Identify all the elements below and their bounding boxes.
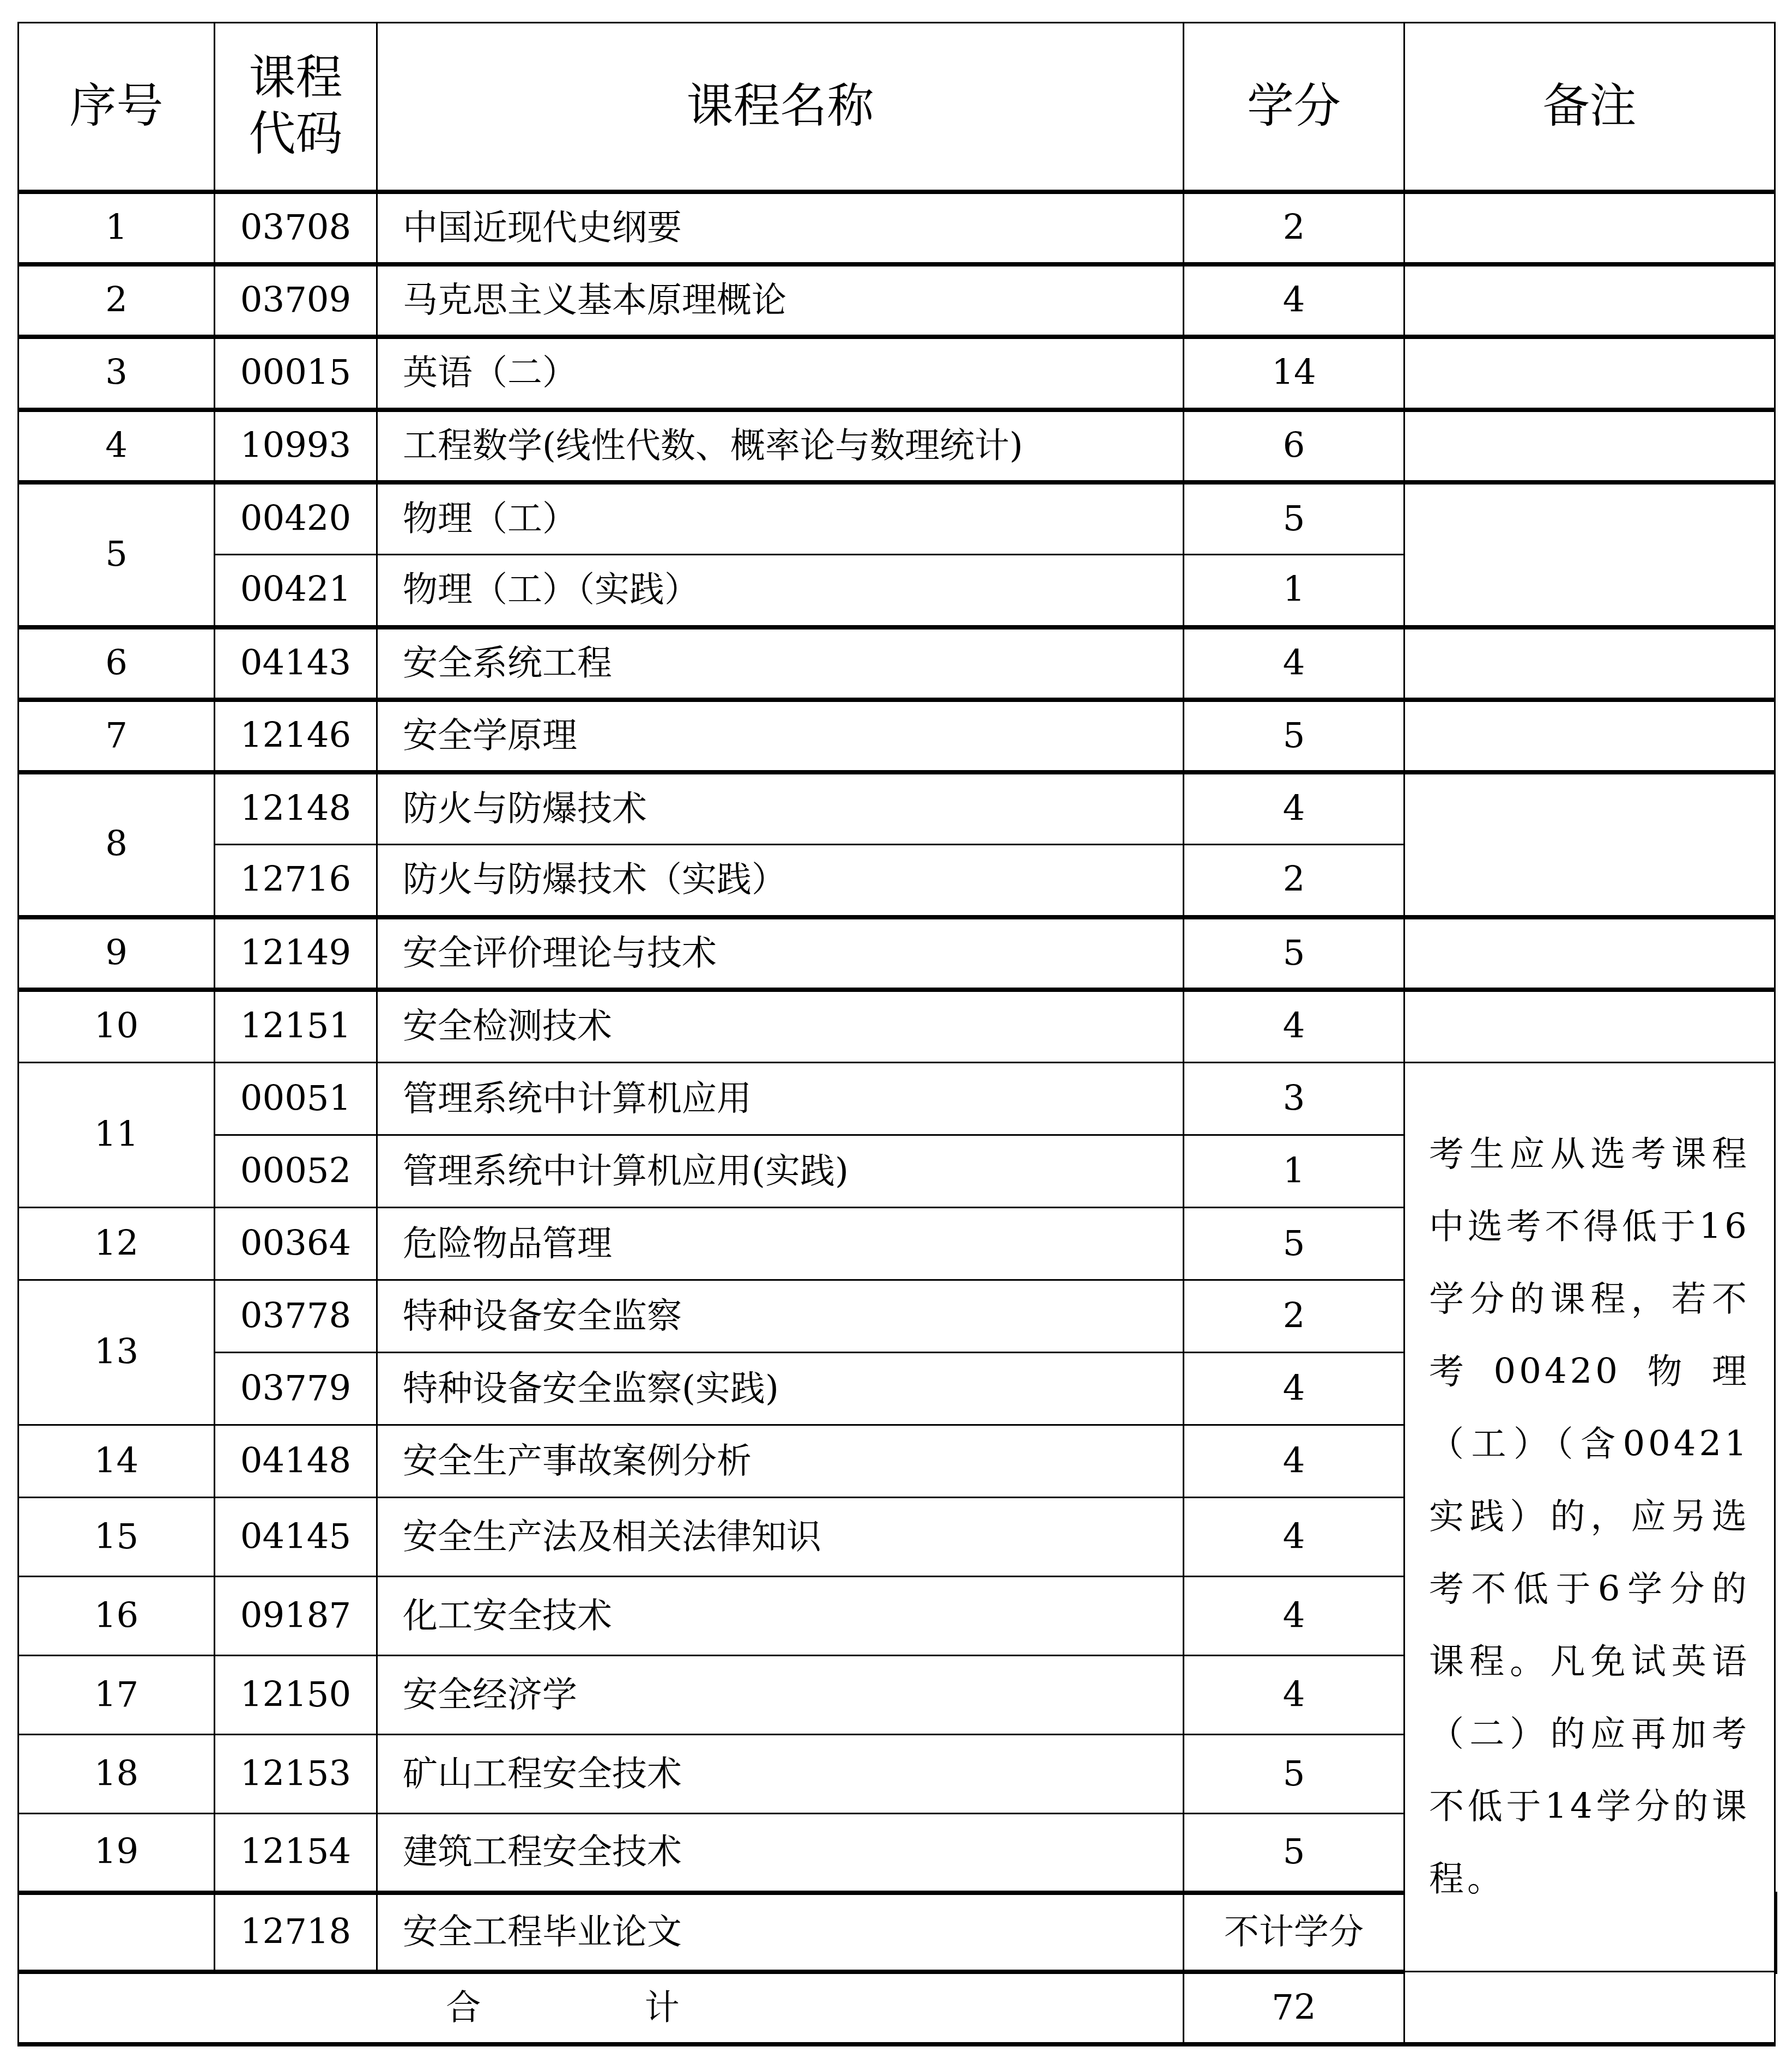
row-code: 12716 bbox=[215, 845, 377, 917]
header-code-line1: 课程 bbox=[249, 51, 343, 105]
row-code: 12718 bbox=[215, 1893, 377, 1972]
row-name: 安全生产事故案例分析 bbox=[377, 1425, 1184, 1498]
row-credits: 4 bbox=[1184, 1353, 1404, 1425]
row-name: 物理（工）（实践） bbox=[377, 555, 1184, 627]
row-notes bbox=[1404, 627, 1775, 700]
row-code: 04148 bbox=[215, 1425, 377, 1498]
row-credits: 14 bbox=[1184, 337, 1404, 410]
row-seq: 16 bbox=[19, 1577, 215, 1656]
row-credits: 4 bbox=[1184, 990, 1404, 1063]
row-name: 危险物品管理 bbox=[377, 1208, 1184, 1280]
row-credits: 4 bbox=[1184, 1577, 1404, 1656]
row-code: 00364 bbox=[215, 1208, 377, 1280]
row-seq: 7 bbox=[19, 700, 215, 772]
row-code: 03708 bbox=[215, 192, 377, 264]
row-notes bbox=[1404, 482, 1775, 627]
total-notes bbox=[1404, 1972, 1775, 2044]
row-name: 英语（二） bbox=[377, 337, 1184, 410]
row-credits: 5 bbox=[1184, 1814, 1404, 1893]
row-name: 防火与防爆技术 bbox=[377, 772, 1184, 845]
row-code: 03709 bbox=[215, 264, 377, 337]
table-row: 6 04143 安全系统工程 4 bbox=[19, 627, 1777, 700]
row-notes bbox=[1404, 337, 1775, 410]
row-name: 防火与防爆技术（实践） bbox=[377, 845, 1184, 917]
row-code: 03779 bbox=[215, 1353, 377, 1425]
row-credits: 6 bbox=[1184, 410, 1404, 482]
row-name: 中国近现代史纲要 bbox=[377, 192, 1184, 264]
row-credits: 4 bbox=[1184, 772, 1404, 845]
row-credits: 5 bbox=[1184, 700, 1404, 772]
row-seq: 13 bbox=[19, 1280, 215, 1425]
row-seq: 5 bbox=[19, 482, 215, 627]
row-name: 安全评价理论与技术 bbox=[377, 917, 1184, 990]
row-name: 马克思主义基本原理概论 bbox=[377, 264, 1184, 337]
header-code: 课程代码 bbox=[215, 23, 377, 192]
row-code: 04145 bbox=[215, 1498, 377, 1577]
table-row: 4 10993 工程数学(线性代数、概率论与数理统计) 6 bbox=[19, 410, 1777, 482]
total-row: 合 计 72 bbox=[19, 1972, 1777, 2044]
row-code: 12151 bbox=[215, 990, 377, 1063]
header-code-line2: 代码 bbox=[249, 107, 343, 161]
row-credits: 1 bbox=[1184, 1135, 1404, 1208]
row-credits: 4 bbox=[1184, 264, 1404, 337]
row-name: 管理系统中计算机应用 bbox=[377, 1063, 1184, 1135]
row-seq: 1 bbox=[19, 192, 215, 264]
row-name: 特种设备安全监察(实践) bbox=[377, 1353, 1184, 1425]
row-credits: 5 bbox=[1184, 917, 1404, 990]
row-credits: 5 bbox=[1184, 1735, 1404, 1814]
row-code: 00052 bbox=[215, 1135, 377, 1208]
header-name: 课程名称 bbox=[377, 23, 1184, 192]
row-notes bbox=[1775, 1893, 1777, 1972]
row-code: 12149 bbox=[215, 917, 377, 990]
row-notes bbox=[1404, 264, 1775, 337]
row-code: 12154 bbox=[215, 1814, 377, 1893]
row-code: 03778 bbox=[215, 1280, 377, 1353]
row-name: 安全经济学 bbox=[377, 1656, 1184, 1735]
row-seq: 8 bbox=[19, 772, 215, 917]
total-credits: 72 bbox=[1184, 1972, 1404, 2044]
header-row: 序号 课程代码 课程名称 学分 备注 bbox=[19, 23, 1777, 192]
row-seq: 2 bbox=[19, 264, 215, 337]
row-code: 00421 bbox=[215, 555, 377, 627]
table-row: 8 12148 防火与防爆技术 4 bbox=[19, 772, 1777, 845]
row-seq: 15 bbox=[19, 1498, 215, 1577]
row-seq: 11 bbox=[19, 1063, 215, 1208]
row-name: 特种设备安全监察 bbox=[377, 1280, 1184, 1353]
row-credits: 5 bbox=[1184, 1208, 1404, 1280]
row-notes bbox=[1404, 990, 1775, 1063]
elective-note: 考生应从选考课程中选考不得低于16学分的课程，若不考00420物理（工）（含00… bbox=[1404, 1063, 1775, 1972]
row-name: 安全学原理 bbox=[377, 700, 1184, 772]
row-name: 建筑工程安全技术 bbox=[377, 1814, 1184, 1893]
row-credits: 1 bbox=[1184, 555, 1404, 627]
row-seq: 9 bbox=[19, 917, 215, 990]
row-credits: 4 bbox=[1184, 627, 1404, 700]
row-seq: 12 bbox=[19, 1208, 215, 1280]
row-name: 矿山工程安全技术 bbox=[377, 1735, 1184, 1814]
row-code: 04143 bbox=[215, 627, 377, 700]
header-notes: 备注 bbox=[1404, 23, 1775, 192]
row-credits: 2 bbox=[1184, 845, 1404, 917]
table-row: 3 00015 英语（二） 14 bbox=[19, 337, 1777, 410]
header-credits: 学分 bbox=[1184, 23, 1404, 192]
total-label: 合 计 bbox=[19, 1972, 1184, 2044]
row-name: 管理系统中计算机应用(实践) bbox=[377, 1135, 1184, 1208]
row-credits: 不计学分 bbox=[1184, 1893, 1404, 1972]
row-notes bbox=[1404, 192, 1775, 264]
row-name: 工程数学(线性代数、概率论与数理统计) bbox=[377, 410, 1184, 482]
row-credits: 4 bbox=[1184, 1425, 1404, 1498]
row-code: 00420 bbox=[215, 482, 377, 555]
row-credits: 5 bbox=[1184, 482, 1404, 555]
row-credits: 4 bbox=[1184, 1656, 1404, 1735]
row-notes bbox=[1404, 917, 1775, 990]
table-row: 7 12146 安全学原理 5 bbox=[19, 700, 1777, 772]
row-seq: 4 bbox=[19, 410, 215, 482]
row-seq: 17 bbox=[19, 1656, 215, 1735]
table-row: 10 12151 安全检测技术 4 bbox=[19, 990, 1777, 1063]
row-name: 安全生产法及相关法律知识 bbox=[377, 1498, 1184, 1577]
row-seq: 6 bbox=[19, 627, 215, 700]
row-code: 12146 bbox=[215, 700, 377, 772]
row-seq bbox=[19, 1893, 215, 1972]
row-notes bbox=[1404, 700, 1775, 772]
row-name: 安全检测技术 bbox=[377, 990, 1184, 1063]
header-seq: 序号 bbox=[19, 23, 215, 192]
total-label-text: 合 计 bbox=[446, 1988, 755, 2028]
row-notes bbox=[1404, 772, 1775, 917]
row-seq: 18 bbox=[19, 1735, 215, 1814]
table-row: 11 00051 管理系统中计算机应用 3 考生应从选考课程中选考不得低于16学… bbox=[19, 1063, 1777, 1135]
table-row: 5 00420 物理（工） 5 bbox=[19, 482, 1777, 555]
row-seq: 3 bbox=[19, 337, 215, 410]
row-name: 安全系统工程 bbox=[377, 627, 1184, 700]
row-code: 10993 bbox=[215, 410, 377, 482]
table-row: 2 03709 马克思主义基本原理概论 4 bbox=[19, 264, 1777, 337]
table-row: 1 03708 中国近现代史纲要 2 bbox=[19, 192, 1777, 264]
row-seq: 10 bbox=[19, 990, 215, 1063]
row-code: 12150 bbox=[215, 1656, 377, 1735]
table-row: 9 12149 安全评价理论与技术 5 bbox=[19, 917, 1777, 990]
row-code: 12148 bbox=[215, 772, 377, 845]
course-table: 序号 课程代码 课程名称 学分 备注 1 03708 中国近现代史纲要 2 2 … bbox=[17, 22, 1777, 2046]
row-notes bbox=[1404, 410, 1775, 482]
row-seq: 19 bbox=[19, 1814, 215, 1893]
row-credits: 4 bbox=[1184, 1498, 1404, 1577]
row-seq: 14 bbox=[19, 1425, 215, 1498]
row-name: 安全工程毕业论文 bbox=[377, 1893, 1184, 1972]
row-credits: 2 bbox=[1184, 1280, 1404, 1353]
row-code: 09187 bbox=[215, 1577, 377, 1656]
row-code: 12153 bbox=[215, 1735, 377, 1814]
row-credits: 2 bbox=[1184, 192, 1404, 264]
row-name: 物理（工） bbox=[377, 482, 1184, 555]
row-code: 00015 bbox=[215, 337, 377, 410]
row-credits: 3 bbox=[1184, 1063, 1404, 1135]
row-code: 00051 bbox=[215, 1063, 377, 1135]
row-name: 化工安全技术 bbox=[377, 1577, 1184, 1656]
